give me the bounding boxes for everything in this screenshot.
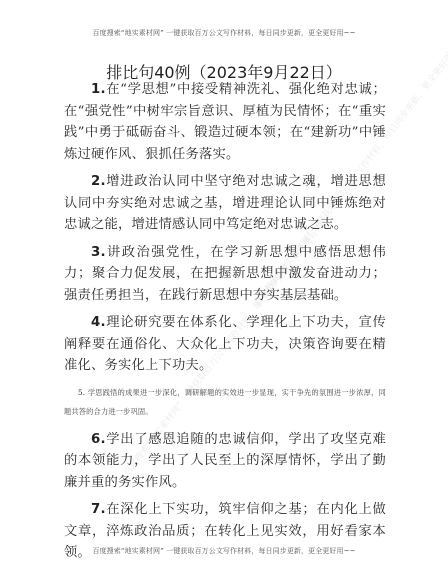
page-footer-note: 百度搜索“地实素材网” 一键获取百万公文写作材料，每日同步更新，更全更好用~~ bbox=[0, 546, 448, 556]
item-number: 1. bbox=[91, 82, 106, 97]
list-item: 3.讲政治强党性，在学习新思想中感悟思想伟力；聚合力促发展，在把握新思想中激发奋… bbox=[64, 242, 386, 307]
item-number: 6. bbox=[91, 432, 106, 447]
item-number: 7. bbox=[91, 502, 106, 517]
item-text: 在“学思想”中接受精神洗礼、强化绝对忠诚；在“强党性”中树牢宗旨意识、厚植为民情… bbox=[64, 82, 386, 162]
list-item: 6.学出了感恩追随的忠诚信仰，学出了攻坚克难的本领能力，学出了人民至上的深厚情怀… bbox=[64, 429, 386, 494]
item-text: 讲政治强党性，在学习新思想中感悟思想伟力；聚合力促发展，在把握新思想中激发奋进动… bbox=[64, 245, 386, 303]
list-item: 2.增进政治认同中坚守绝对忠诚之魂，增进思想认同中夯实绝对忠诚之基，增进理论认同… bbox=[64, 171, 386, 236]
item-text: 学思践悟的成果进一步深化，调研解题的实效进一步显现，实干争先的氛围进一步浓厚，同… bbox=[64, 388, 386, 416]
item-text: 理论研究要在体系化、学理化上下功夫，宣传阐释要在通俗化、大众化上下功夫，决策咨询… bbox=[64, 315, 386, 373]
item-number: 3. bbox=[91, 245, 106, 260]
item-number: 2. bbox=[91, 174, 106, 189]
document-page: 百度搜索“地实素材网” 一键获取百万公文写作材料，每日同步更新，更全更好用~~ … bbox=[0, 0, 448, 580]
list-item: 1.在“学思想”中接受精神洗礼、强化绝对忠诚；在“强党性”中树牢宗旨意识、厚植为… bbox=[64, 79, 386, 165]
item-text: 学出了感恩追随的忠诚信仰，学出了攻坚克难的本领能力，学出了人民至上的深厚情怀，学… bbox=[64, 432, 386, 490]
item-text: 增进政治认同中坚守绝对忠诚之魂，增进思想认同中夯实绝对忠诚之基，增进理论认同中锤… bbox=[64, 174, 386, 232]
list-item: 4.理论研究要在体系化、学理化上下功夫，宣传阐释要在通俗化、大众化上下功夫，决策… bbox=[64, 312, 386, 377]
item-number: 4. bbox=[91, 315, 106, 330]
document-body: 1.在“学思想”中接受精神洗礼、强化绝对忠诚；在“强党性”中树牢宗旨意识、厚植为… bbox=[64, 79, 386, 570]
list-item: 5. 学思践悟的成果进一步深化，调研解题的实效进一步显现，实干争先的氛围进一步浓… bbox=[64, 383, 386, 421]
page-header-note: 百度搜索“地实素材网” 一键获取百万公文写作材料，每日同步更新，更全更好用~~ bbox=[0, 28, 448, 38]
